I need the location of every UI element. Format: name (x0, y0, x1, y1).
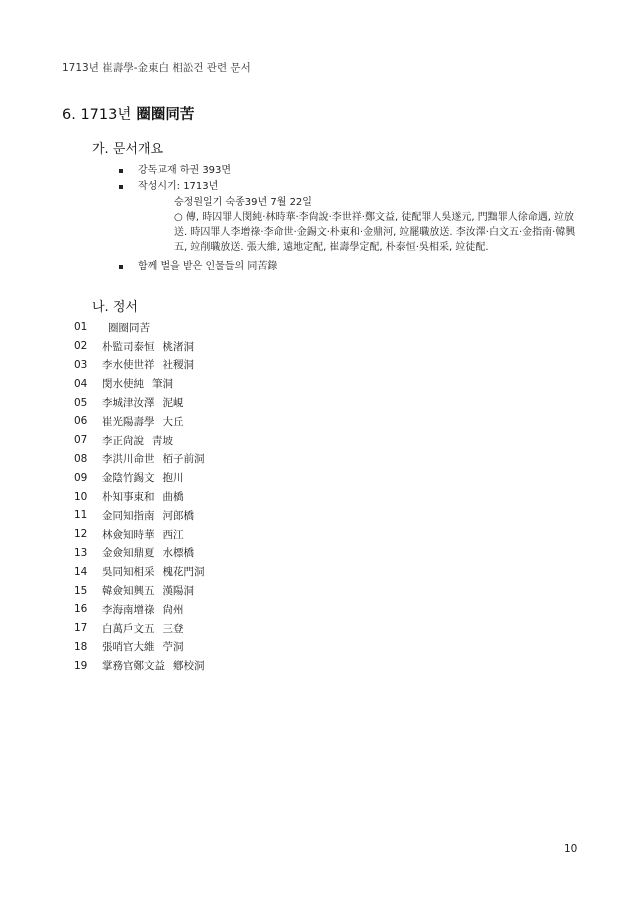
list-item: 04閔水使純筆洞 (74, 374, 205, 393)
row-place: 漢陽洞 (163, 583, 195, 598)
row-name: 林僉知時華 (102, 527, 155, 542)
bullet-item: 강독교재 하권 393면 (118, 163, 598, 179)
section-title: 6. 1713년 圈圈同苦 (62, 103, 194, 124)
row-name: 吳同知相采 (102, 564, 155, 579)
row-place: 鄕校洞 (173, 658, 205, 673)
row-place: 水標橋 (163, 545, 195, 560)
row-place: 曲橋 (163, 489, 184, 504)
list-item: 18張哨官大維苧洞 (74, 638, 205, 657)
list-item: 06崔光陽壽學大丘 (74, 412, 205, 431)
row-no: 07 (74, 434, 102, 446)
section-title-text: 圈圈同苦 (136, 107, 194, 123)
list-item: 16李海南增祿尙州 (74, 600, 205, 619)
row-no: 06 (74, 415, 102, 427)
row-place: 靑坡 (152, 433, 173, 448)
list-item: 19掌務官鄭文益鄕校洞 (74, 656, 205, 675)
list-item: 09金陰竹錫文抱川 (74, 468, 205, 487)
row-name: 張哨官大維 (102, 639, 155, 654)
row-place: 泥峴 (163, 395, 184, 410)
row-name: 韓僉知興五 (102, 583, 155, 598)
row-name: 朴監司泰恒 (102, 339, 155, 354)
row-name: 白萬戶文五 (102, 621, 155, 636)
row-no: 12 (74, 528, 102, 540)
row-no: 19 (74, 660, 102, 672)
row-name: 崔光陽壽學 (102, 414, 155, 429)
bullet-item: 함께 벌을 받은 인물들의 同苦錄 (118, 259, 598, 275)
list-item: 15韓僉知興五漢陽洞 (74, 581, 205, 600)
row-no: 10 (74, 491, 102, 503)
transcript-list: 01圈圈同苦02朴監司泰恒桃渚洞03李水使世祥社稷洞04閔水使純筆洞05李城津汝… (74, 318, 205, 675)
row-no: 15 (74, 585, 102, 597)
row-no: 18 (74, 641, 102, 653)
row-name: 金同知指南 (102, 508, 155, 523)
row-no: 17 (74, 622, 102, 634)
row-name: 李水使世祥 (102, 357, 155, 372)
row-place: 筆洞 (152, 376, 173, 391)
row-no: 14 (74, 566, 102, 578)
list-item: 14吳同知相采槐花門洞 (74, 562, 205, 581)
source-line: 승정원일기 숙종39년 7월 22일 (174, 195, 579, 210)
row-no: 03 (74, 359, 102, 371)
list-item: 17白萬戶文五三登 (74, 619, 205, 638)
row-no: 09 (74, 472, 102, 484)
list-item: 11金同知指南河郎橋 (74, 506, 205, 525)
row-name: 圈圈同苦 (108, 320, 150, 335)
row-no: 11 (74, 509, 102, 521)
row-name: 金陰竹錫文 (102, 470, 155, 485)
row-place: 槐花門洞 (163, 564, 205, 579)
row-no: 08 (74, 453, 102, 465)
list-item: 10朴知事東和曲橋 (74, 487, 205, 506)
page-header: 1713년 崔壽學-金東白 相訟건 관련 문서 (62, 60, 251, 75)
transcript-heading: 나. 정서 (92, 296, 138, 315)
list-item: 12林僉知時華西江 (74, 525, 205, 544)
row-name: 李洪川命世 (102, 451, 155, 466)
row-place: 社稷洞 (163, 357, 195, 372)
list-item: 03李水使世祥社稷洞 (74, 356, 205, 375)
row-name: 朴知事東和 (102, 489, 155, 504)
page-number: 10 (564, 843, 577, 855)
list-item: 07李正尙說靑坡 (74, 431, 205, 450)
row-place: 尙州 (163, 602, 184, 617)
list-item: 05李城津汝澤泥峴 (74, 393, 205, 412)
row-place: 河郎橋 (163, 508, 195, 523)
row-place: 大丘 (163, 414, 184, 429)
row-place: 西江 (163, 527, 184, 542)
row-place: 抱川 (163, 470, 184, 485)
row-no: 04 (74, 378, 102, 390)
row-place: 苧洞 (163, 639, 184, 654)
row-name: 李城津汝澤 (102, 395, 155, 410)
row-name: 李海南增祿 (102, 602, 155, 617)
source-text: ○ 傳, 時囚罪人閔純·林時華·李尙說·李世祥·鄭文益, 徒配罪人吳遂元, 門黜… (174, 210, 579, 255)
row-place: 栢子前洞 (163, 451, 205, 466)
row-place: 三登 (163, 621, 184, 636)
row-name: 閔水使純 (102, 376, 144, 391)
row-no: 01 (74, 321, 102, 333)
row-name: 掌務官鄭文益 (102, 658, 165, 673)
list-item: 13金僉知鼎夏水標橋 (74, 544, 205, 563)
row-no: 16 (74, 603, 102, 615)
row-no: 13 (74, 547, 102, 559)
row-name: 李正尙說 (102, 433, 144, 448)
overview-heading: 가. 문서개요 (92, 138, 163, 157)
row-no: 02 (74, 340, 102, 352)
row-name: 金僉知鼎夏 (102, 545, 155, 560)
list-item: 01圈圈同苦 (74, 318, 205, 337)
list-item: 02朴監司泰恒桃渚洞 (74, 337, 205, 356)
section-number: 6. 1713년 (62, 107, 131, 123)
row-place: 桃渚洞 (163, 339, 195, 354)
list-item: 08李洪川命世栢子前洞 (74, 450, 205, 469)
overview-bullets: 강독교재 하권 393면 작성시기: 1713년 승정원일기 숙종39년 7월 … (118, 163, 598, 275)
bullet-item: 작성시기: 1713년 (118, 179, 598, 195)
row-no: 05 (74, 397, 102, 409)
